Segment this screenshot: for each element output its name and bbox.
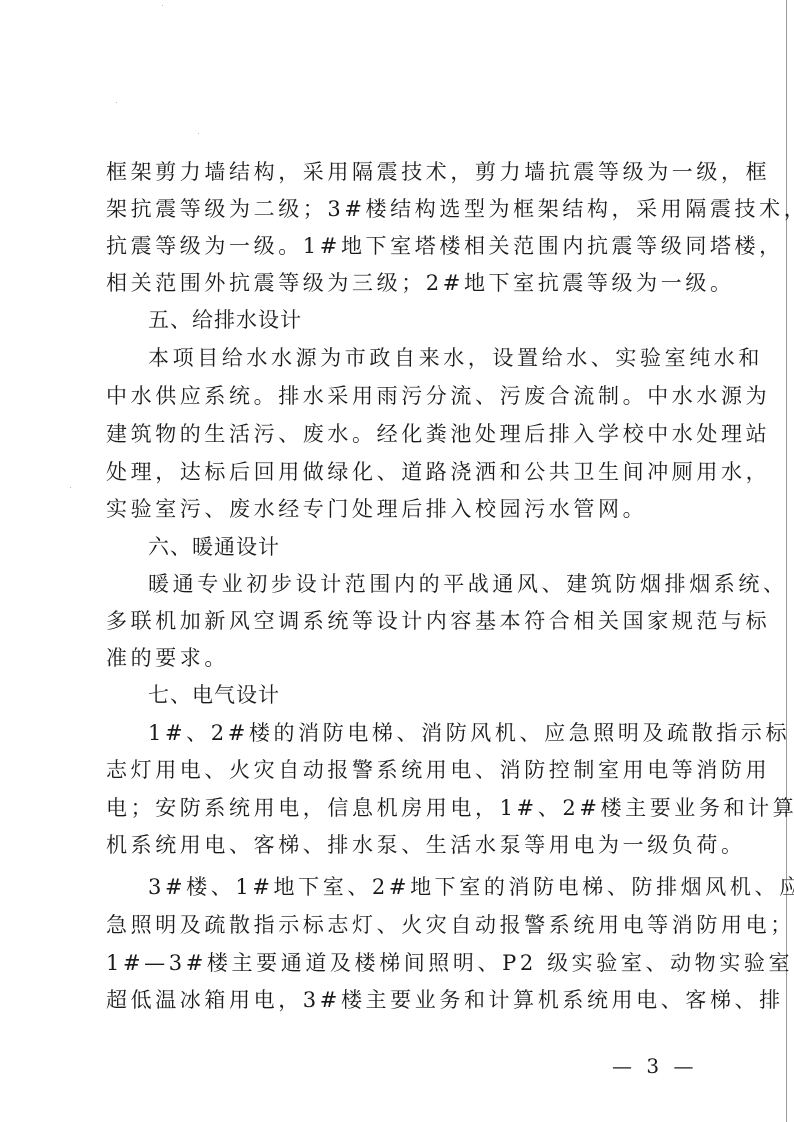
paragraph-line: 框架剪力墙结构，采用隔震技术，剪力墙抗震等级为一级，框 (106, 157, 686, 187)
scan-speck (116, 102, 117, 103)
scan-speck (70, 487, 71, 488)
paragraph-line: 建筑物的生活污、废水。经化粪池处理后排入学校中水处理站 (106, 419, 686, 449)
paragraph-line: 急照明及疏散指示标志灯、火灾自动报警系统用电等消防用电； (106, 910, 686, 940)
section-heading: 七、电气设计 (148, 680, 280, 710)
paragraph-line: 实验室污、废水经专门处理后排入校园污水管网。 (106, 494, 686, 524)
paragraph-line: 本项目给水水源为市政自来水，设置给水、实验室纯水和 (148, 343, 686, 373)
paragraph-line: 1#、2#楼的消防电梯、消防风机、应急照明及疏散指示标 (148, 718, 686, 748)
paragraph-line: 抗震等级为一级。1#地下室塔楼相关范围内抗震等级同塔楼， (106, 231, 686, 261)
paragraph-line: 电；安防系统用电，信息机房用电，1#、2#楼主要业务和计算 (106, 793, 686, 823)
paragraph-line: 架抗震等级为二级；3#楼结构选型为框架结构，采用隔震技术， (106, 194, 686, 224)
paragraph-line: 机系统用电、客梯、排水泵、生活水泵等用电为一级负荷。 (106, 830, 686, 860)
page-number: — 3 — (612, 1052, 697, 1080)
paragraph-line: 中水供应系统。排水采用雨污分流、污废合流制。中水水源为 (106, 381, 686, 411)
paragraph-line: 超低温冰箱用电，3#楼主要业务和计算机系统用电、客梯、排 (106, 985, 686, 1015)
paragraph-line: 处理，达标后回用做绿化、道路浇洒和公共卫生间冲厕用水， (106, 457, 686, 487)
paragraph-line: 多联机加新风空调系统等设计内容基本符合相关国家规范与标 (106, 606, 686, 636)
paragraph-line: 志灯用电、火灾自动报警系统用电、消防控制室用电等消防用 (106, 755, 686, 785)
paragraph-line: 1#—3#楼主要通道及楼梯间照明、P2 级实验室、动物实验室、 (106, 948, 686, 978)
scan-speck (198, 133, 199, 134)
paragraph-line: 3#楼、1#地下室、2#地下室的消防电梯、防排烟风机、应 (148, 872, 686, 902)
scan-speck (162, 5, 163, 6)
section-heading: 六、暖通设计 (148, 532, 280, 562)
section-heading: 五、给排水设计 (148, 305, 302, 335)
paragraph-line: 暖通专业初步设计范围内的平战通风、建筑防烟排烟系统、 (148, 569, 686, 599)
paragraph-line: 准的要求。 (106, 643, 686, 673)
paragraph-line: 相关范围外抗震等级为三级；2#地下室抗震等级为一级。 (106, 268, 686, 298)
